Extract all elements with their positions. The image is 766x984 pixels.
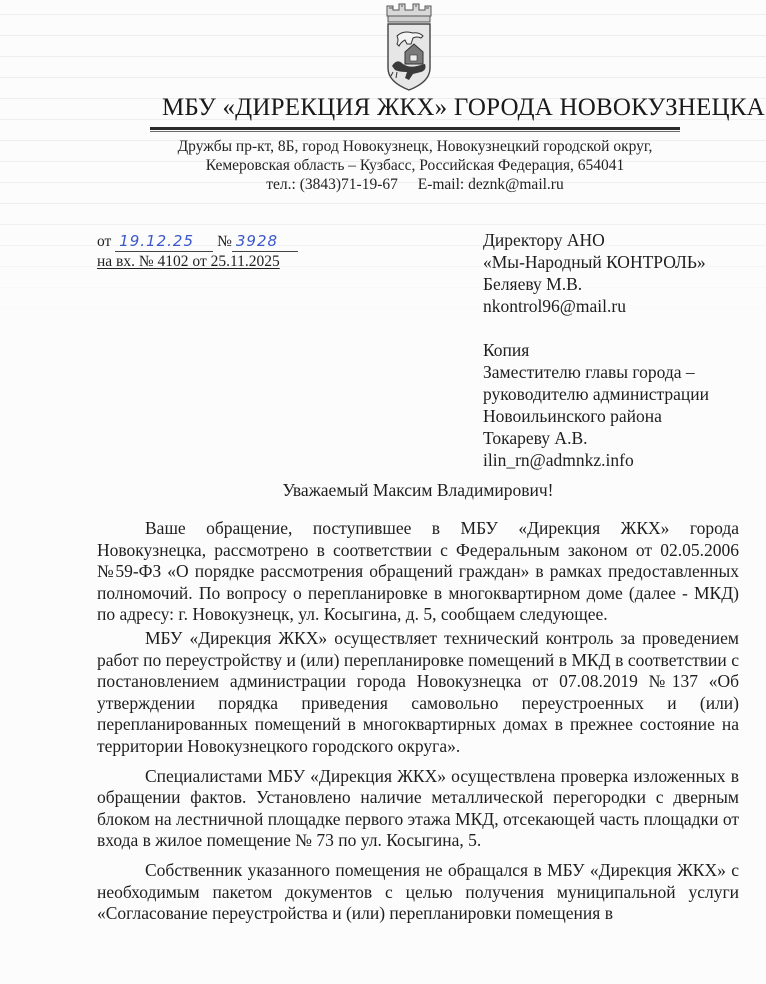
- addressee-line: Беляеву М.В.: [483, 273, 709, 295]
- handwritten-number: 3928: [232, 231, 298, 252]
- body-paragraph: Собственник указанного помещения не обра…: [97, 860, 739, 925]
- letter-body: Ваше обращение, поступившее в МБУ «Дирек…: [97, 518, 739, 925]
- greeting: Уважаемый Максим Владимирович!: [0, 480, 766, 501]
- copy-line: руководителю администрации: [483, 383, 709, 405]
- address-line-1: Дружбы пр-кт, 8Б, город Новокузнецк, Нов…: [150, 137, 680, 156]
- addressee-line: «Мы-Народный КОНТРОЛЬ»: [483, 251, 709, 273]
- addressee-email: nkontrol96@mail.ru: [483, 295, 709, 317]
- date-prefix: от: [97, 233, 111, 250]
- body-paragraph: МБУ «Дирекция ЖКХ» осуществляет техничес…: [97, 628, 739, 758]
- outgoing-reference: от 19.12.25 №3928 на вх. № 4102 от 25.11…: [97, 231, 298, 272]
- addressee-block: Директору АНО «Мы-Народный КОНТРОЛЬ» Бел…: [483, 229, 709, 471]
- organization-address: Дружбы пр-кт, 8Б, город Новокузнецк, Нов…: [150, 137, 680, 194]
- copy-line: Новоильинского района: [483, 405, 709, 427]
- novokuznetsk-coat-of-arms-icon: [383, 2, 435, 92]
- addressee-line: Директору АНО: [483, 229, 709, 251]
- copy-label: Копия: [483, 339, 709, 361]
- phone-number: тел.: (3843)71-19-67: [266, 176, 398, 193]
- body-paragraph: Ваше обращение, поступившее в МБУ «Дирек…: [97, 518, 739, 626]
- email-address: E-mail: deznk@mail.ru: [418, 176, 564, 193]
- copy-line: Токареву А.В.: [483, 427, 709, 449]
- incoming-reference: на вх. № 4102 от 25.11.2025: [97, 252, 298, 272]
- organization-title: МБУ «ДИРЕКЦИЯ ЖКХ» ГОРОДА НОВОКУЗНЕЦКА: [162, 94, 682, 122]
- copy-email: ilin_rn@admnkz.info: [483, 449, 709, 471]
- outgoing-date-number: от 19.12.25 №3928: [97, 231, 298, 252]
- letterhead-divider: [150, 127, 680, 132]
- contact-line: тел.: (3843)71-19-67 E-mail: deznk@mail.…: [150, 175, 680, 194]
- address-line-2: Кемеровская область – Кузбасс, Российска…: [150, 156, 680, 175]
- body-paragraph: Специалистами МБУ «Дирекция ЖКХ» осущест…: [97, 766, 739, 852]
- number-prefix: №: [217, 233, 232, 250]
- copy-line: Заместителю главы города –: [483, 361, 709, 383]
- letter-page: МБУ «ДИРЕКЦИЯ ЖКХ» ГОРОДА НОВОКУЗНЕЦКА Д…: [0, 0, 766, 984]
- handwritten-date: 19.12.25: [115, 231, 213, 252]
